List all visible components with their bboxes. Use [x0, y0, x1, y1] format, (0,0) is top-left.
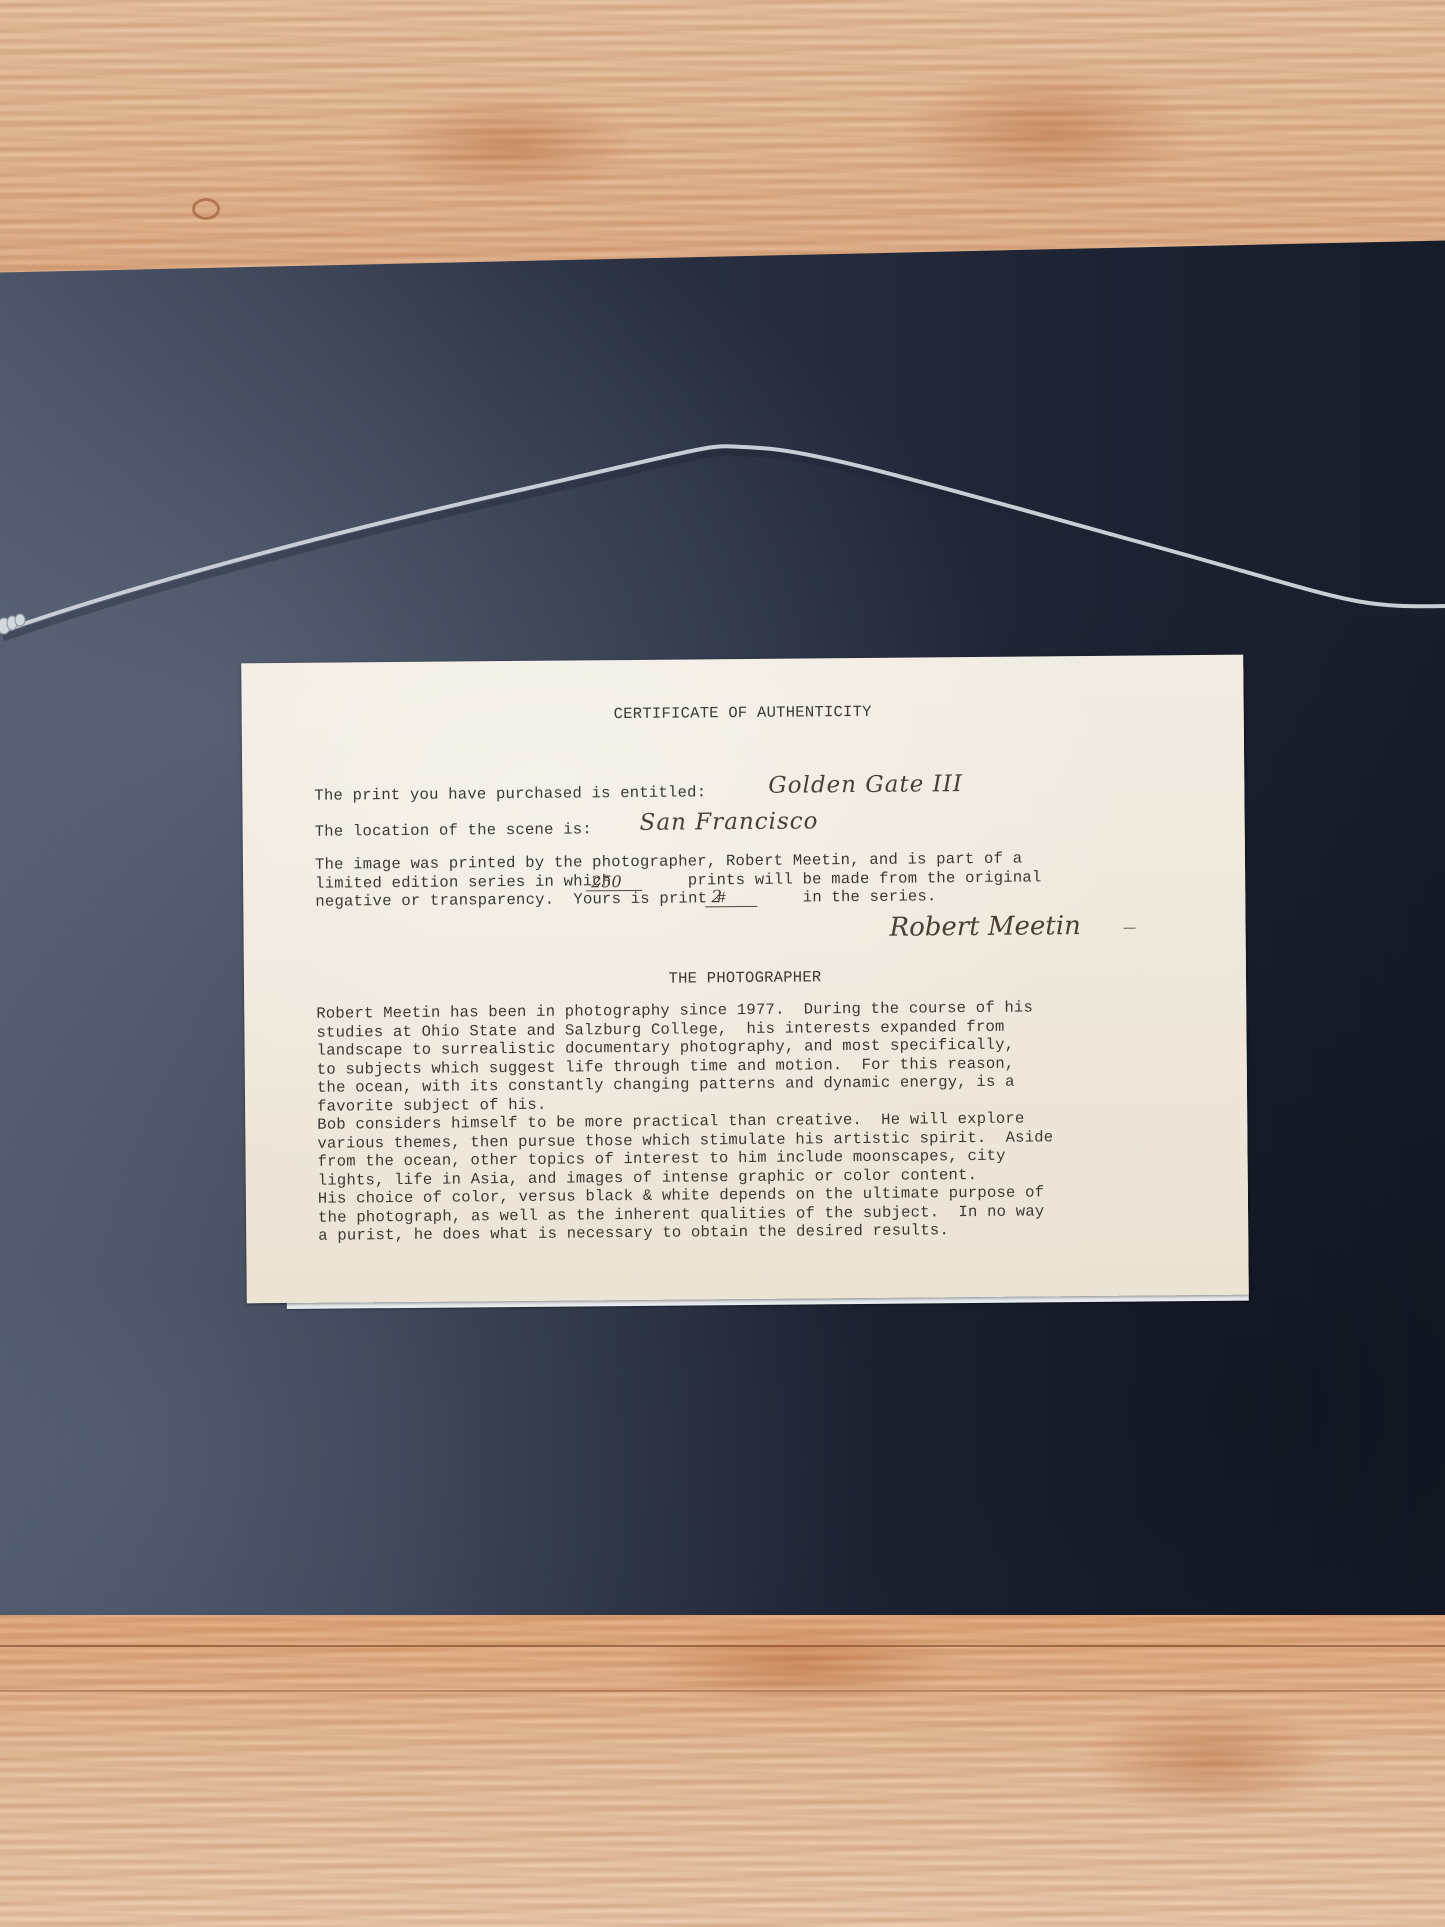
location-label: The location of the scene is: [315, 820, 592, 841]
print-title-label: The print you have purchased is entitled… [314, 783, 706, 805]
certificate-paper: CERTIFICATE OF AUTHENTICITY The print yo… [241, 655, 1249, 1304]
print-number-handwritten: 2 [711, 887, 722, 907]
certificate-card: CERTIFICATE OF AUTHENTICITY The print yo… [241, 655, 1249, 1306]
certificate-title: CERTIFICATE OF AUTHENTICITY [242, 700, 1244, 727]
photographer-bio: Robert Meetin has been in photography si… [316, 998, 1054, 1245]
edition-size-handwritten: 250 [591, 872, 622, 891]
photographer-heading: THE PHOTOGRAPHER [244, 965, 1246, 992]
print-title-handwritten: Golden Gate III [768, 771, 963, 799]
edition-paragraph: The image was printed by the photographe… [315, 849, 1042, 911]
signature-flourish [1124, 928, 1136, 929]
photographer-signature: Robert Meetin [889, 911, 1081, 943]
location-handwritten: San Francisco [640, 808, 819, 836]
